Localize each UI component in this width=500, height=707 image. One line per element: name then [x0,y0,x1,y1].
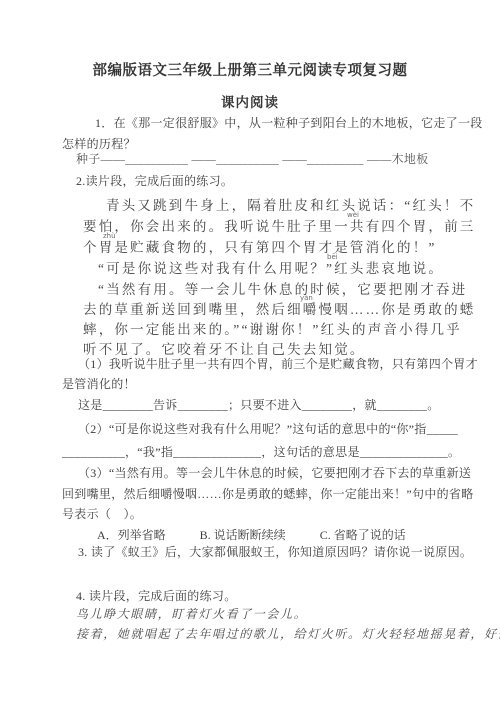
passage-line-1: 青头又跳到牛身上，隔着肚皮和红头说话：“红头！不 [106,199,475,213]
pinyin-yan: yàn [300,294,313,302]
section-heading: 课内阅读 [0,96,500,110]
option-c: C. 省略了说的话 [320,526,406,543]
question2-sub1-line2: 是管消化的！ [62,378,136,390]
pinyin-bei: bēi [327,253,338,261]
question2-sub2-line2: __________，“我”指______________，这句话的意思是___… [62,446,460,458]
question2-sub1-fill-blanks: 这是________告诉________；只要不进入________，就____… [78,399,440,411]
question2-sub3-line1: （3）“当然有用。等一会儿牛休息的时候，它要把刚才吞下去的草重新送 [78,467,471,479]
option-a: A．列举省略 [97,526,166,543]
question1-fill-blanks: 种子——__________ ——__________ ——_________ … [76,153,429,165]
question2-sub3-options: A．列举省略 B. 说话断断续续 C. 省略了说的话 [97,526,406,543]
question2-sub3-line3: 号表示（ ）。 [62,508,142,520]
passage-line-2: 要怕，你会出来的。我听说牛肚子里一共有四个胃，前三 [83,220,476,234]
option-b: B. 说话断断续续 [200,526,286,543]
question4-passage-line1: 鸟儿睁大眼睛，盯着灯火看了一会儿。 [76,608,307,620]
passage-line-6: 去的草重新送回到嘴里，然后细嚼慢咽……你是勇敢的蟋 [83,303,476,317]
passage-line-3: 个胃是贮藏食物的，只有第四个胃才是管消化的！” [83,241,437,255]
passage-line-4: “可是你说这些对我有什么用呢？”红头悲哀地说。 [98,262,444,276]
page-title: 部编版语文三年级上册第三单元阅读专项复习题 [0,64,500,79]
passage-line-7: 蟀，你一定能出来的。”“谢谢你！”红头的声音小得几乎 [83,323,462,337]
question2-sub2-line1: （2）“可是你说这些对我有什么用呢？”这句话的意思中的“你”指_____ [78,423,458,435]
question4-intro: 4. 读片段，完成后面的练习。 [76,590,237,602]
pinyin-wei: wèi [347,211,359,219]
question4-passage-line2: 接着，她就唱起了去年唱过的歌儿，给灯火听。灯火轻轻地摇晃着，好像 [76,628,500,640]
question2-sub3-line2: 回到嘴里，然后细嚼慢咽……你是勇敢的蟋蟀，你一定能出来！”句中的省略 [62,488,474,500]
question1-line1: 1．在《那一定很舒服》中，从一粒种子到阳台上的木地板，它走了一段 [95,117,483,129]
pinyin-zhu: zhù [103,232,116,240]
worksheet-page: 部编版语文三年级上册第三单元阅读专项复习题 课内阅读 1．在《那一定很舒服》中，… [0,0,500,707]
question2-sub1-line1: （1）我听说牛肚子里一共有四个胃，前三个是贮藏食物，只有第四个胃才 [78,358,478,370]
question3: 3. 读了《蚁王》后，大家都佩服蚁王，你知道原因吗？请你说一说原因。 [78,546,472,558]
passage-line-5: “当然有用。等一会儿牛休息的时候，它要把刚才吞进 [98,283,467,297]
passage-line-8: 听不见了。它咬着牙不让自己失去知觉。 [83,343,366,357]
question2-intro: 2.读片段，完成后面的练习。 [76,175,233,187]
question1-line2: 怎样的历程？ [62,138,136,150]
